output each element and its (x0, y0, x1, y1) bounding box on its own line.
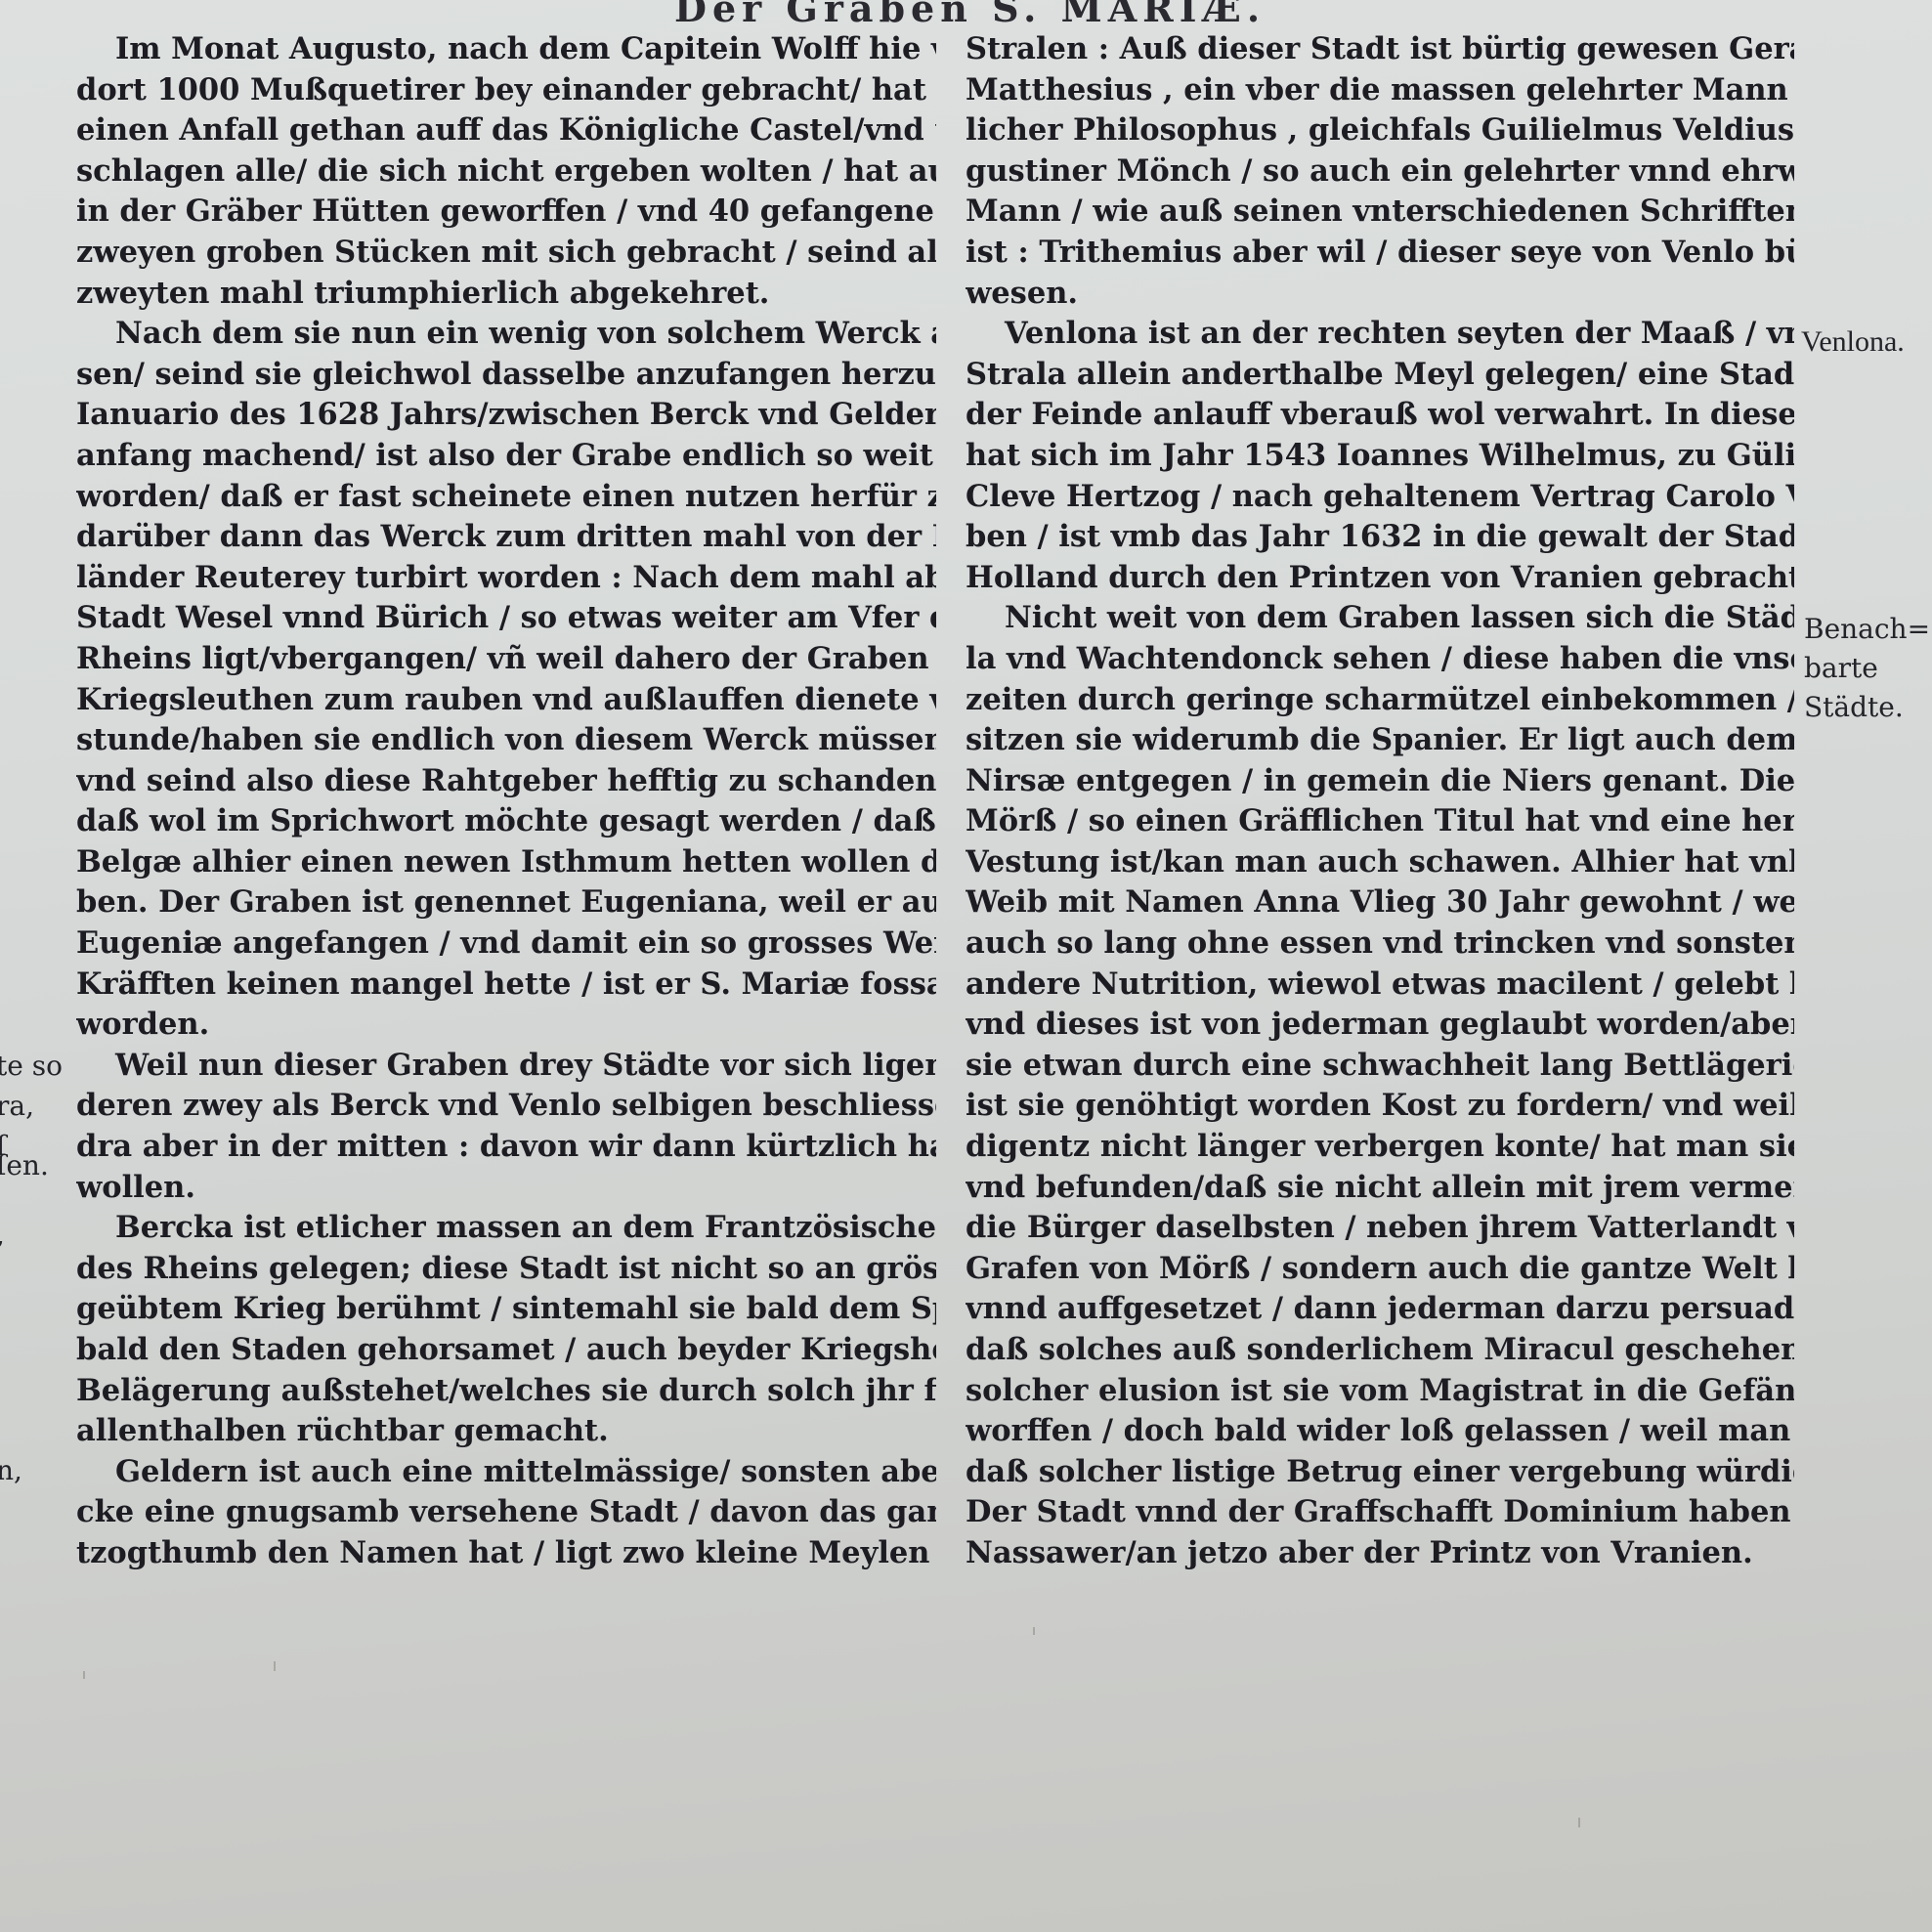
text-line: ist sie genöhtigt worden Kost zu fordern… (966, 1086, 1794, 1127)
text-line: la vnd Wachtendonck sehen / diese haben … (966, 639, 1794, 680)
text-line: Ianuario des 1628 Jahrs/zwischen Berck v… (76, 395, 936, 436)
paper-speck (1578, 1818, 1580, 1827)
text-line: die Bürger daselbsten / neben jhrem Vatt… (966, 1208, 1794, 1249)
text-line: Grafen von Mörß / sondern auch die gantz… (966, 1249, 1794, 1290)
text-line: Weil nun dieser Graben drey Städte vor s… (76, 1046, 936, 1087)
text-line: zeiten durch geringe scharmützel einbeko… (966, 680, 1794, 721)
book-page: Der Graben S. MARIÆ. Im Monat Augusto, n… (0, 0, 1932, 1932)
text-line: vnnd auffgesetzet / dann jederman darzu … (966, 1289, 1794, 1330)
text-line: auch so lang ohne essen vnd trincken vnd… (966, 923, 1794, 965)
text-line: wollen. (76, 1168, 936, 1209)
text-line: ben / ist vmb das Jahr 1632 in die gewal… (966, 517, 1794, 558)
text-line: länder Reuterey turbirt worden : Nach de… (76, 558, 936, 599)
text-line: digentz nicht länger verbergen konte/ ha… (966, 1127, 1794, 1168)
text-line: zweyen groben Stücken mit sich gebracht … (76, 233, 936, 274)
text-line: Belägerung außstehet/welches sie durch s… (76, 1371, 936, 1412)
text-line: Mörß / so einen Gräfflichen Titul hat vn… (966, 801, 1794, 842)
text-line: Der Stadt vnnd der Graffschafft Dominium… (966, 1492, 1794, 1533)
text-line: Geldern ist auch eine mittelmässige/ son… (76, 1452, 936, 1493)
text-line: stunde/haben sie endlich von diesem Werc… (76, 720, 936, 761)
margin-fragment: te so (0, 1046, 63, 1086)
text-line: sie etwan durch eine schwachheit lang Be… (966, 1046, 1794, 1087)
text-line: in der Gräber Hütten geworffen / vnd 40 … (76, 192, 936, 233)
paper-speck (1033, 1627, 1035, 1635)
right-text-column: Stralen : Auß dieser Stadt ist bürtig ge… (966, 29, 1794, 1574)
left-text-column: Im Monat Augusto, nach dem Capitein Wolf… (76, 29, 936, 1574)
text-line: daß solches auß sonderlichem Miracul ges… (966, 1330, 1794, 1371)
text-line: Bercka ist etlicher massen an dem Frantz… (76, 1208, 936, 1249)
text-line: Venlona ist an der rechten seyten der Ma… (966, 314, 1794, 355)
text-line: Cleve Hertzog / nach gehaltenem Vertrag … (966, 477, 1794, 518)
text-line: darüber dann das Werck zum dritten mahl … (76, 517, 936, 558)
text-line: gustiner Mönch / so auch ein gelehrter v… (966, 151, 1794, 193)
text-line: Holland durch den Printzen von Vranien g… (966, 558, 1794, 599)
text-line: worden. (76, 1005, 936, 1046)
margin-fragment: n, (0, 1450, 63, 1490)
text-line: vnd befunden/daß sie nicht allein mit jr… (966, 1168, 1794, 1209)
text-line: Nicht weit von dem Graben lassen sich di… (966, 598, 1794, 639)
text-line: cke eine gnugsamb versehene Stadt / davo… (76, 1492, 936, 1533)
text-line: Kriegsleuthen zum rauben vnd außlauffen … (76, 680, 936, 721)
text-line: hat sich im Jahr 1543 Ioannes Wilhelmus,… (966, 436, 1794, 477)
text-line: sitzen sie widerumb die Spanier. Er ligt… (966, 720, 1794, 761)
text-line: Rheins ligt/vbergangen/ vñ weil dahero d… (76, 639, 936, 680)
text-line: licher Philosophus , gleichfals Guilielm… (966, 110, 1794, 151)
text-line: ben. Der Graben ist genennet Eugeniana, … (76, 882, 936, 923)
text-line: Vestung ist/kan man auch schawen. Alhier… (966, 842, 1794, 883)
margin-note-line: Städte. (1804, 688, 1930, 727)
text-line: vnd dieses ist von jederman geglaubt wor… (966, 1005, 1794, 1046)
text-line: Stralen : Auß dieser Stadt ist bürtig ge… (966, 29, 1794, 70)
paper-speck (83, 1671, 85, 1679)
text-line: des Rheins gelegen; diese Stadt ist nich… (76, 1249, 936, 1290)
text-line: worffen / doch bald wider loß gelassen /… (966, 1411, 1794, 1452)
text-line: sen/ seind sie gleichwol dasselbe anzufa… (76, 355, 936, 396)
text-line: Weib mit Namen Anna Vlieg 30 Jahr gewohn… (966, 882, 1794, 923)
text-line: dra aber in der mitten : davon wir dann … (76, 1127, 936, 1168)
text-line: der Feinde anlauff vberauß wol verwahrt.… (966, 395, 1794, 436)
text-line: vnd seind also diese Rahtgeber hefftig z… (76, 761, 936, 802)
text-line: einen Anfall gethan auff das Königliche … (76, 110, 936, 151)
text-line: zweyten mahl triumphierlich abgekehret. (76, 274, 936, 315)
text-line: worden/ daß er fast scheinete einen nutz… (76, 477, 936, 518)
margin-note-line: barte (1804, 649, 1930, 688)
margin-fragment: ſ (0, 1126, 63, 1145)
text-line: solcher elusion ist sie vom Magistrat in… (966, 1371, 1794, 1412)
text-line: daß solcher listige Betrug einer vergebu… (966, 1452, 1794, 1493)
text-line: dort 1000 Mußquetirer bey einander gebra… (76, 70, 936, 111)
margin-note-left-cropped: te so ra, ſ ſen. , n, (0, 1046, 63, 1490)
text-line: geübtem Krieg berühmt / sintemahl sie ba… (76, 1289, 936, 1330)
text-line: Stadt Wesel vnnd Bürich / so etwas weite… (76, 598, 936, 639)
margin-note-venlona: Venlona. (1801, 322, 1905, 362)
margin-note-line: Benach= (1804, 610, 1930, 649)
text-line: Im Monat Augusto, nach dem Capitein Wolf… (76, 29, 936, 70)
text-line: Eugeniæ angefangen / vnd damit ein so gr… (76, 923, 936, 965)
text-line: schlagen alle/ die sich nicht ergeben wo… (76, 151, 936, 193)
text-line: Matthesius , ein vber die massen gelehrt… (966, 70, 1794, 111)
margin-fragment: ſen. (0, 1145, 63, 1185)
text-line: daß wol im Sprichwort möchte gesagt werd… (76, 801, 936, 842)
text-line: Kräfften keinen mangel hette / ist er S.… (76, 965, 936, 1006)
text-line: Mann / wie auß seinen vnterschiedenen Sc… (966, 192, 1794, 233)
text-line: andere Nutrition, wiewol etwas macilent … (966, 965, 1794, 1006)
text-line: Belgæ alhier einen newen Isthmum hetten … (76, 842, 936, 883)
text-line: anfang machend/ ist also der Grabe endli… (76, 436, 936, 477)
text-line: tzogthumb den Namen hat / ligt zwo klein… (76, 1533, 936, 1574)
margin-fragment: , (0, 1215, 63, 1255)
margin-fragment: ra, (0, 1086, 63, 1126)
text-line: wesen. (966, 274, 1794, 315)
paper-speck (274, 1661, 276, 1671)
margin-note-neighboring-cities: Benach= barte Städte. (1804, 610, 1930, 727)
text-line: Strala allein anderthalbe Meyl gelegen/ … (966, 355, 1794, 396)
running-header: Der Graben S. MARIÆ. (674, 0, 1261, 30)
text-line: allenthalben rüchtbar gemacht. (76, 1411, 936, 1452)
text-line: deren zwey als Berck vnd Venlo selbigen … (76, 1086, 936, 1127)
text-line: bald den Staden gehorsamet / auch beyder… (76, 1330, 936, 1371)
text-line: Nassawer/an jetzo aber der Printz von Vr… (966, 1533, 1794, 1574)
text-line: ist : Trithemius aber wil / dieser seye … (966, 233, 1794, 274)
text-line: Nirsæ entgegen / in gemein die Niers gen… (966, 761, 1794, 802)
text-line: Nach dem sie nun ein wenig von solchem W… (76, 314, 936, 355)
